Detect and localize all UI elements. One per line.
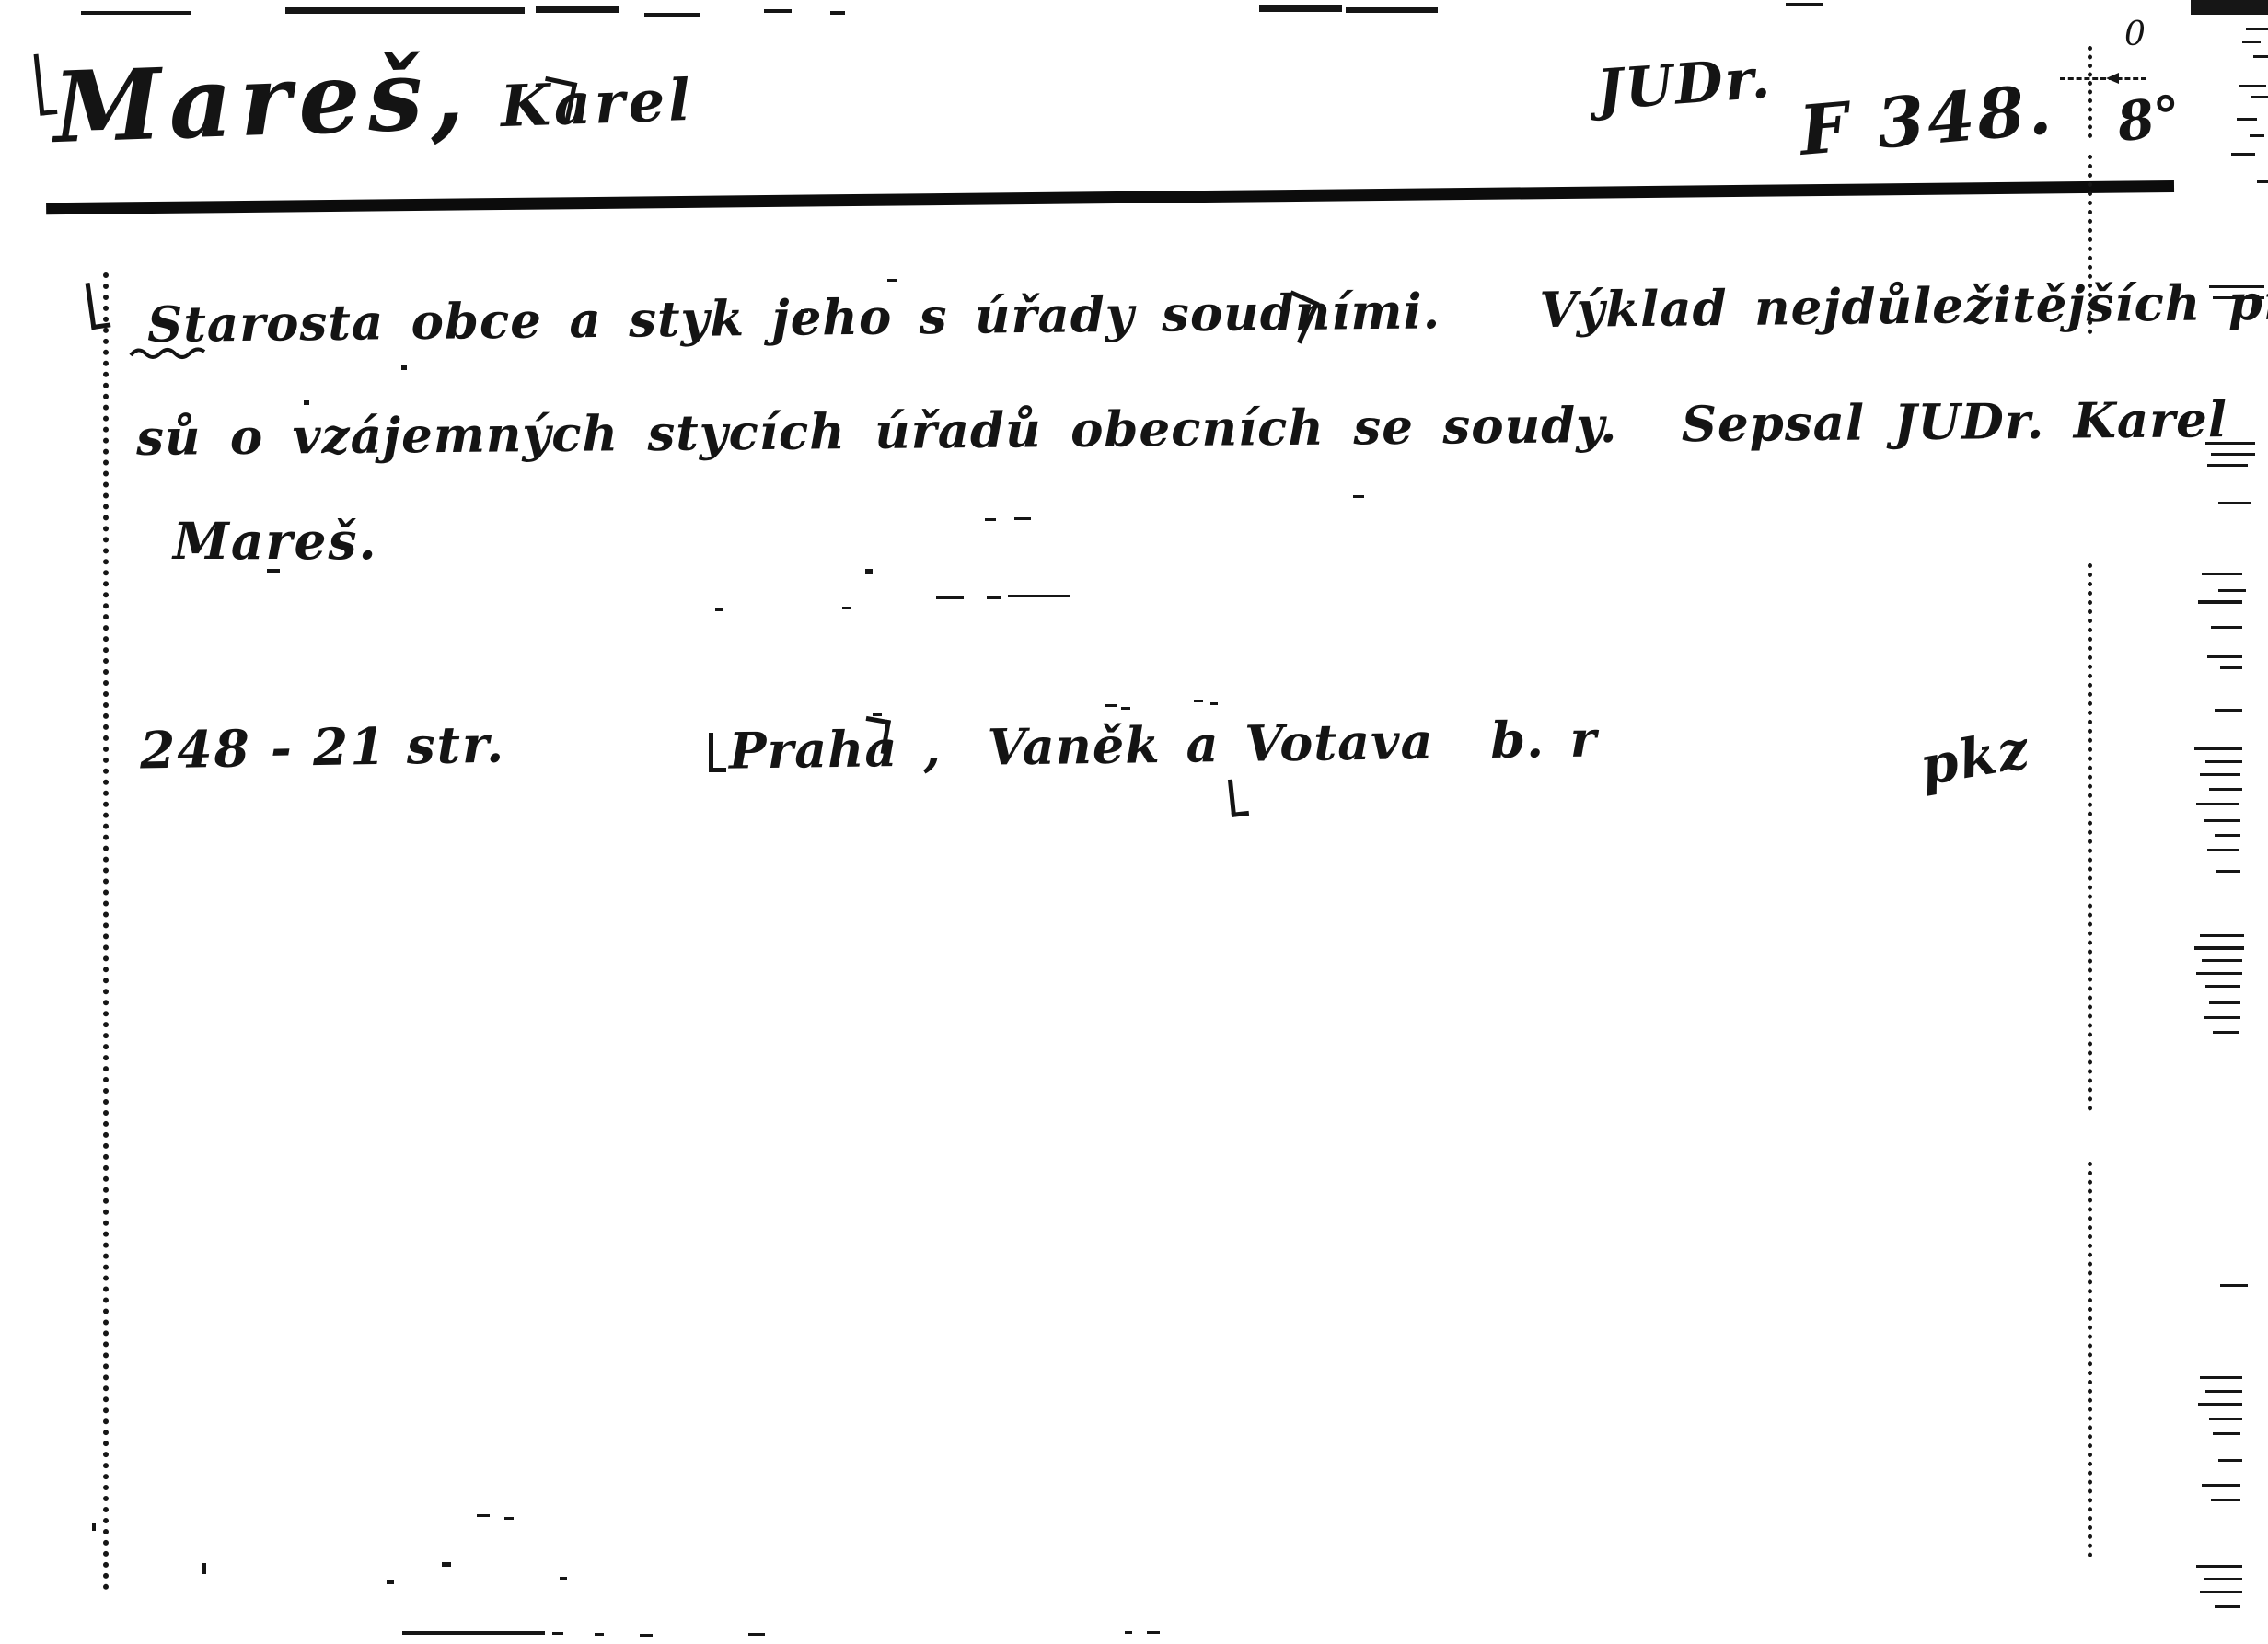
left-margin-dotted-line xyxy=(103,272,109,1591)
scan-noise-mark xyxy=(1194,700,1203,702)
right-margin-dotted-line-lower xyxy=(2088,1162,2092,1557)
subtitle: Výklad nejdůležitějších předpi- xyxy=(1539,272,2268,339)
scan-noise-mark xyxy=(640,1634,653,1637)
scan-noise-mark xyxy=(2207,655,2242,658)
header-rule xyxy=(46,180,2174,214)
scan-noise-mark xyxy=(2198,1403,2242,1406)
scan-noise-mark xyxy=(873,713,882,716)
scan-noise-mark xyxy=(2218,589,2246,592)
scan-noise-mark xyxy=(560,1577,567,1580)
title-line: Starosta obce a styk jeho s úřady soudní… xyxy=(147,277,2268,350)
cataloguer-initials: pkz xyxy=(1916,722,2034,793)
scan-noise-mark xyxy=(2196,1565,2242,1568)
scan-noise-mark xyxy=(504,1517,514,1520)
scan-noise-mark xyxy=(2246,28,2268,30)
scan-noise-mark xyxy=(304,400,309,405)
register-mark-line xyxy=(2060,77,2146,80)
scan-noise-mark xyxy=(1105,704,1117,707)
corner-digit: 0 xyxy=(2124,18,2146,52)
scan-noise-mark xyxy=(2207,849,2239,851)
scan-noise-mark xyxy=(830,11,845,15)
scan-noise-mark xyxy=(267,569,280,573)
scan-noise-mark xyxy=(2215,1605,2240,1608)
scan-noise-mark xyxy=(1014,517,1031,520)
scan-noise-mark xyxy=(1125,1631,1132,1634)
scan-noise-mark xyxy=(2211,453,2255,456)
scan-noise-mark xyxy=(477,1514,490,1517)
scan-noise-mark xyxy=(2239,85,2266,87)
scan-noise-mark xyxy=(202,1563,206,1574)
scan-noise-mark xyxy=(2257,180,2268,183)
scan-noise-mark xyxy=(2202,573,2242,575)
scan-noise-mark xyxy=(1008,595,1070,597)
size-mark: 8° xyxy=(2113,87,2184,149)
scan-noise-mark xyxy=(801,309,808,313)
author-surname: Mareš, xyxy=(52,35,473,165)
scan-noise-mark xyxy=(442,1562,451,1567)
scan-noise-mark xyxy=(715,608,723,611)
scan-noise-mark xyxy=(1210,702,1218,705)
scan-noise-mark xyxy=(92,1523,96,1531)
scan-noise-mark xyxy=(2253,55,2268,58)
scan-noise-mark xyxy=(1786,3,1822,6)
scan-noise-mark xyxy=(2198,600,2242,604)
scan-noise-mark xyxy=(987,596,1001,599)
scan-noise-mark xyxy=(2220,1284,2248,1287)
author-heading: Mareš, Karel xyxy=(52,37,694,156)
catalog-card-scan: Mareš, Karel JUDr. F 348. 8° 0 Starosta … xyxy=(0,0,2268,1644)
scan-noise-mark xyxy=(1353,495,1364,498)
scan-noise-mark xyxy=(2250,134,2264,137)
scan-noise-mark xyxy=(887,279,897,282)
scan-noise-mark xyxy=(2194,946,2244,950)
scan-noise-mark xyxy=(2196,803,2239,805)
title-rest: rosta obce a styk jeho s úřady soudními. xyxy=(239,283,1441,353)
scan-noise-mark xyxy=(2242,41,2261,43)
insertion-mark-date-open xyxy=(1228,778,1249,817)
scan-noise-mark xyxy=(81,11,191,15)
scan-noise-mark xyxy=(2200,773,2240,776)
scan-noise-mark xyxy=(401,365,407,370)
scan-noise-mark xyxy=(2200,1591,2242,1593)
scan-noise-mark xyxy=(2251,96,2268,98)
scan-noise-mark xyxy=(644,13,700,17)
scan-noise-mark xyxy=(1346,7,1438,13)
scan-noise-mark xyxy=(402,1631,545,1635)
right-margin-dotted-line-main xyxy=(2088,563,2092,1111)
scan-noise-mark xyxy=(2216,870,2240,873)
scan-noise-mark xyxy=(865,569,873,574)
scan-noise-mark xyxy=(552,1632,563,1635)
scan-noise-mark xyxy=(2213,296,2264,299)
scan-noise-mark xyxy=(2200,1376,2242,1379)
imprint-place: Praha , xyxy=(729,718,943,780)
imprint-line: Praha , Vaněk a Votava b. r xyxy=(729,713,1598,775)
imprint-date: b. r xyxy=(1490,709,1598,770)
scan-noise-mark xyxy=(1121,707,1130,710)
scan-noise-mark xyxy=(595,1633,604,1636)
right-margin-dotted-line-top xyxy=(2088,46,2092,138)
scan-noise-mark xyxy=(2213,1432,2240,1435)
scan-noise-mark xyxy=(2211,626,2242,629)
scan-noise-mark xyxy=(2215,834,2240,837)
scan-noise-mark xyxy=(2200,934,2244,937)
scan-noise-mark xyxy=(2209,1001,2240,1004)
scan-noise-mark xyxy=(2204,819,2240,822)
scan-noise-mark xyxy=(2194,747,2242,750)
imprint-publisher: Vaněk a Votava xyxy=(987,712,1434,777)
register-mark-arrow-icon xyxy=(2106,73,2119,84)
scan-noise-mark xyxy=(2209,285,2264,288)
scan-noise-mark xyxy=(748,1633,765,1636)
scan-noise-mark xyxy=(2205,985,2240,988)
scan-noise-mark xyxy=(2196,972,2242,975)
scan-noise-mark xyxy=(2220,666,2242,669)
scan-noise-mark xyxy=(2202,1484,2240,1487)
scan-noise-mark xyxy=(2213,1031,2239,1034)
scan-noise-mark xyxy=(2237,118,2257,121)
collation-note: 248 - 21 str. xyxy=(140,719,506,776)
scan-noise-mark xyxy=(936,596,964,599)
scan-noise-mark xyxy=(2209,788,2242,791)
scan-noise-mark xyxy=(2205,760,2242,763)
scan-noise-mark xyxy=(2218,502,2251,504)
scan-noise-mark xyxy=(2205,1390,2242,1393)
call-number: F 348. xyxy=(1797,75,2056,166)
insertion-mark-imprint-open xyxy=(709,733,726,772)
scan-noise-mark xyxy=(985,518,996,521)
degree-note: JUDr. xyxy=(1595,51,1773,118)
body-line-3: Mareš. xyxy=(173,515,378,566)
scan-noise-mark xyxy=(2211,1499,2240,1501)
scan-noise-mark xyxy=(2218,1459,2242,1462)
scan-noise-mark xyxy=(2202,959,2242,962)
scan-noise-mark xyxy=(2205,442,2255,445)
scan-noise-mark xyxy=(2204,1578,2242,1580)
scan-noise-mark xyxy=(1259,5,1342,12)
scan-noise-mark xyxy=(2209,1418,2242,1420)
scan-noise-mark xyxy=(536,6,619,13)
wavy-underline xyxy=(129,344,212,361)
scan-noise-mark xyxy=(285,7,525,14)
scan-noise-mark xyxy=(2207,464,2248,467)
scan-noise-mark xyxy=(387,1580,394,1584)
scan-noise-mark xyxy=(2231,153,2255,156)
body-line-2-sepsal: Sepsal JUDr. Karel xyxy=(1681,391,2227,453)
body-line-2: sů o vzájemných stycích úřadů obecních s… xyxy=(136,396,2227,463)
scan-noise-mark xyxy=(2235,11,2262,14)
scan-noise-mark xyxy=(1147,1631,1160,1634)
scan-noise-mark xyxy=(842,607,851,609)
scan-noise-mark xyxy=(764,9,792,13)
scan-noise-mark xyxy=(2204,1016,2240,1019)
body-line-2-text: sů o vzájemných stycích úřadů obecních s… xyxy=(136,397,1618,467)
scan-noise-mark xyxy=(2215,709,2242,712)
author-forename: Karel xyxy=(500,66,695,140)
